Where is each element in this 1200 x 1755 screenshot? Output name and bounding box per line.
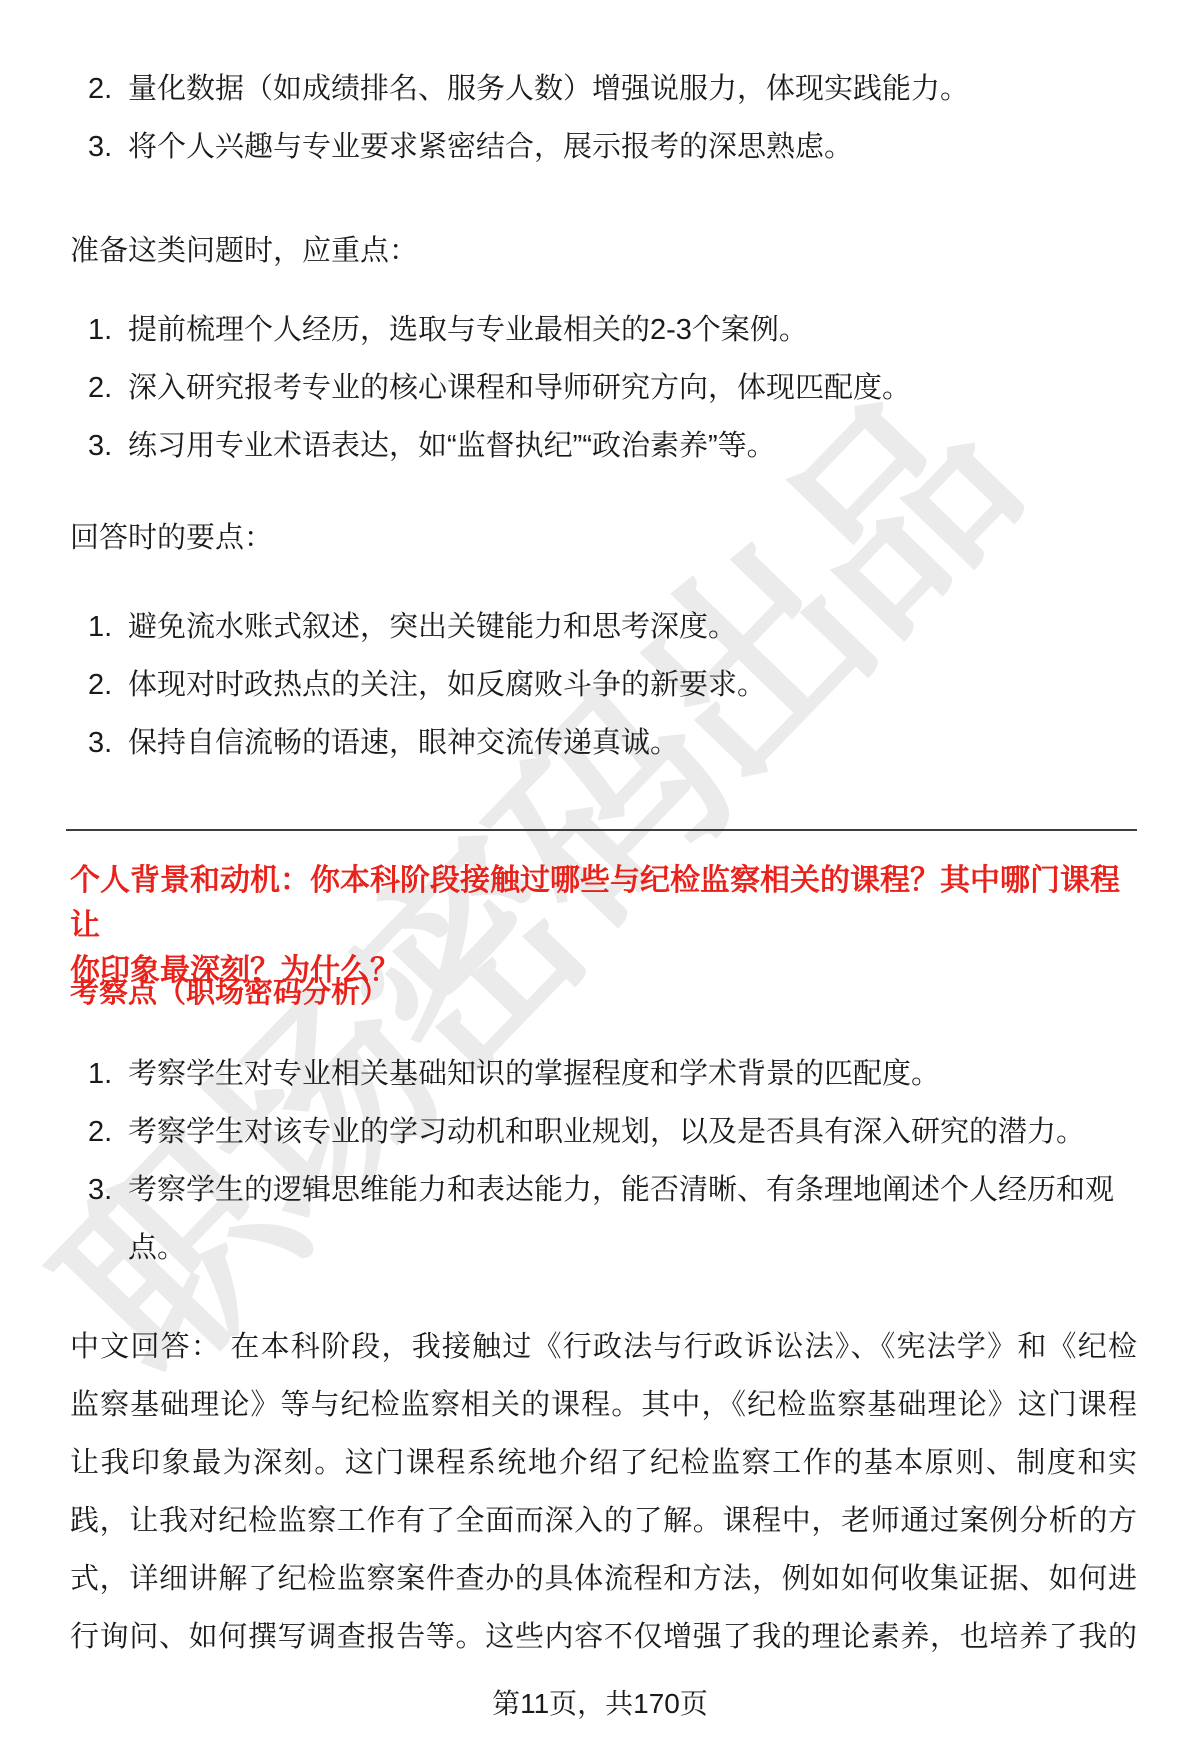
list-item-text: 练习用专业术语表达，如“监督执纪”“政治素养”等。 bbox=[128, 417, 1137, 475]
list-item: 3. 练习用专业术语表达，如“监督执纪”“政治素养”等。 bbox=[70, 417, 1137, 475]
analysis-list: 1. 考察学生对专业相关基础知识的掌握程度和学术背景的匹配度。 2. 考察学生对… bbox=[70, 1045, 1137, 1277]
list-item-text: 提前梳理个人经历，选取与专业最相关的2-3个案例。 bbox=[128, 301, 1137, 359]
section-divider bbox=[66, 829, 1137, 831]
list-item-number: 1. bbox=[88, 301, 128, 359]
list-item: 1. 考察学生对专业相关基础知识的掌握程度和学术背景的匹配度。 bbox=[70, 1045, 1137, 1103]
list-item-text: 考察学生对该专业的学习动机和职业规划，以及是否具有深入研究的潜力。 bbox=[128, 1103, 1137, 1161]
paragraph-line: 监察基础理论》等与纪检监察相关的课程。其中，《纪检监察基础理论》这门课程 bbox=[70, 1376, 1137, 1434]
list-item: 3. 考察学生的逻辑思维能力和表达能力，能否清晰、有条理地阐述个人经历和观点。 bbox=[70, 1161, 1137, 1277]
analysis-heading: 考察点（职场密码分析） bbox=[70, 971, 1137, 1016]
answer-intro-text: 回答时的要点： bbox=[70, 509, 1137, 567]
prep-intro-text: 准备这类问题时，应重点： bbox=[70, 222, 1137, 280]
document-page: 职场密码出品 2. 量化数据（如成绩排名、服务人数）增强说服力，体现实践能力。 … bbox=[0, 0, 1200, 1755]
list-item-text: 考察学生对专业相关基础知识的掌握程度和学术背景的匹配度。 bbox=[128, 1045, 1137, 1103]
list-item: 3. 保持自信流畅的语速，眼神交流传递真诚。 bbox=[70, 714, 1137, 772]
list-item-text: 考察学生的逻辑思维能力和表达能力，能否清晰、有条理地阐述个人经历和观点。 bbox=[128, 1161, 1137, 1277]
list-item: 2. 考察学生对该专业的学习动机和职业规划，以及是否具有深入研究的潜力。 bbox=[70, 1103, 1137, 1161]
page-number-footer: 第11页，共170页 bbox=[0, 1675, 1200, 1733]
list-item-number: 2. bbox=[88, 60, 128, 118]
list-item-number: 1. bbox=[88, 1045, 128, 1103]
list-item: 2. 深入研究报考专业的核心课程和导师研究方向，体现匹配度。 bbox=[70, 359, 1137, 417]
list-item-number: 2. bbox=[88, 656, 128, 714]
list-item-text: 深入研究报考专业的核心课程和导师研究方向，体现匹配度。 bbox=[128, 359, 1137, 417]
list-item: 2. 体现对时政热点的关注，如反腐败斗争的新要求。 bbox=[70, 656, 1137, 714]
list-item-number: 3. bbox=[88, 417, 128, 475]
answer-list: 1. 避免流水账式叙述，突出关键能力和思考深度。 2. 体现对时政热点的关注，如… bbox=[70, 598, 1137, 772]
answer-paragraph: 中文回答： 在本科阶段，我接触过《行政法与行政诉讼法》、《宪法学》和《纪检 监察… bbox=[70, 1318, 1137, 1666]
list-item-number: 1. bbox=[88, 598, 128, 656]
paragraph-line: 行询问、如何撰写调查报告等。这些内容不仅增强了我的理论素养，也培养了我的 bbox=[70, 1608, 1137, 1666]
list-item: 1. 避免流水账式叙述，突出关键能力和思考深度。 bbox=[70, 598, 1137, 656]
list-item-number: 2. bbox=[88, 359, 128, 417]
list-item-text: 量化数据（如成绩排名、服务人数）增强说服力，体现实践能力。 bbox=[128, 60, 1137, 118]
question-heading-line: 个人背景和动机：你本科阶段接触过哪些与纪检监察相关的课程？其中哪门课程让 bbox=[70, 858, 1137, 948]
prep-list: 1. 提前梳理个人经历，选取与专业最相关的2-3个案例。 2. 深入研究报考专业… bbox=[70, 301, 1137, 475]
paragraph-line: 让我印象最为深刻。这门课程系统地介绍了纪检监察工作的基本原则、制度和实 bbox=[70, 1434, 1137, 1492]
tips-list: 2. 量化数据（如成绩排名、服务人数）增强说服力，体现实践能力。 3. 将个人兴… bbox=[70, 60, 1137, 176]
list-item-text: 避免流水账式叙述，突出关键能力和思考深度。 bbox=[128, 598, 1137, 656]
list-item: 2. 量化数据（如成绩排名、服务人数）增强说服力，体现实践能力。 bbox=[70, 60, 1137, 118]
paragraph-line: 践，让我对纪检监察工作有了全面而深入的了解。课程中，老师通过案例分析的方 bbox=[70, 1492, 1137, 1550]
list-item-number: 2. bbox=[88, 1103, 128, 1161]
list-item-text: 将个人兴趣与专业要求紧密结合，展示报考的深思熟虑。 bbox=[128, 118, 1137, 176]
list-item-number: 3. bbox=[88, 118, 128, 176]
list-item: 1. 提前梳理个人经历，选取与专业最相关的2-3个案例。 bbox=[70, 301, 1137, 359]
list-item-number: 3. bbox=[88, 714, 128, 772]
paragraph-line: 中文回答： 在本科阶段，我接触过《行政法与行政诉讼法》、《宪法学》和《纪检 bbox=[70, 1318, 1137, 1376]
paragraph-line: 式，详细讲解了纪检监察案件查办的具体流程和方法，例如如何收集证据、如何进 bbox=[70, 1550, 1137, 1608]
list-item-number: 3. bbox=[88, 1161, 128, 1277]
list-item-text: 体现对时政热点的关注，如反腐败斗争的新要求。 bbox=[128, 656, 1137, 714]
list-item: 3. 将个人兴趣与专业要求紧密结合，展示报考的深思熟虑。 bbox=[70, 118, 1137, 176]
list-item-text: 保持自信流畅的语速，眼神交流传递真诚。 bbox=[128, 714, 1137, 772]
